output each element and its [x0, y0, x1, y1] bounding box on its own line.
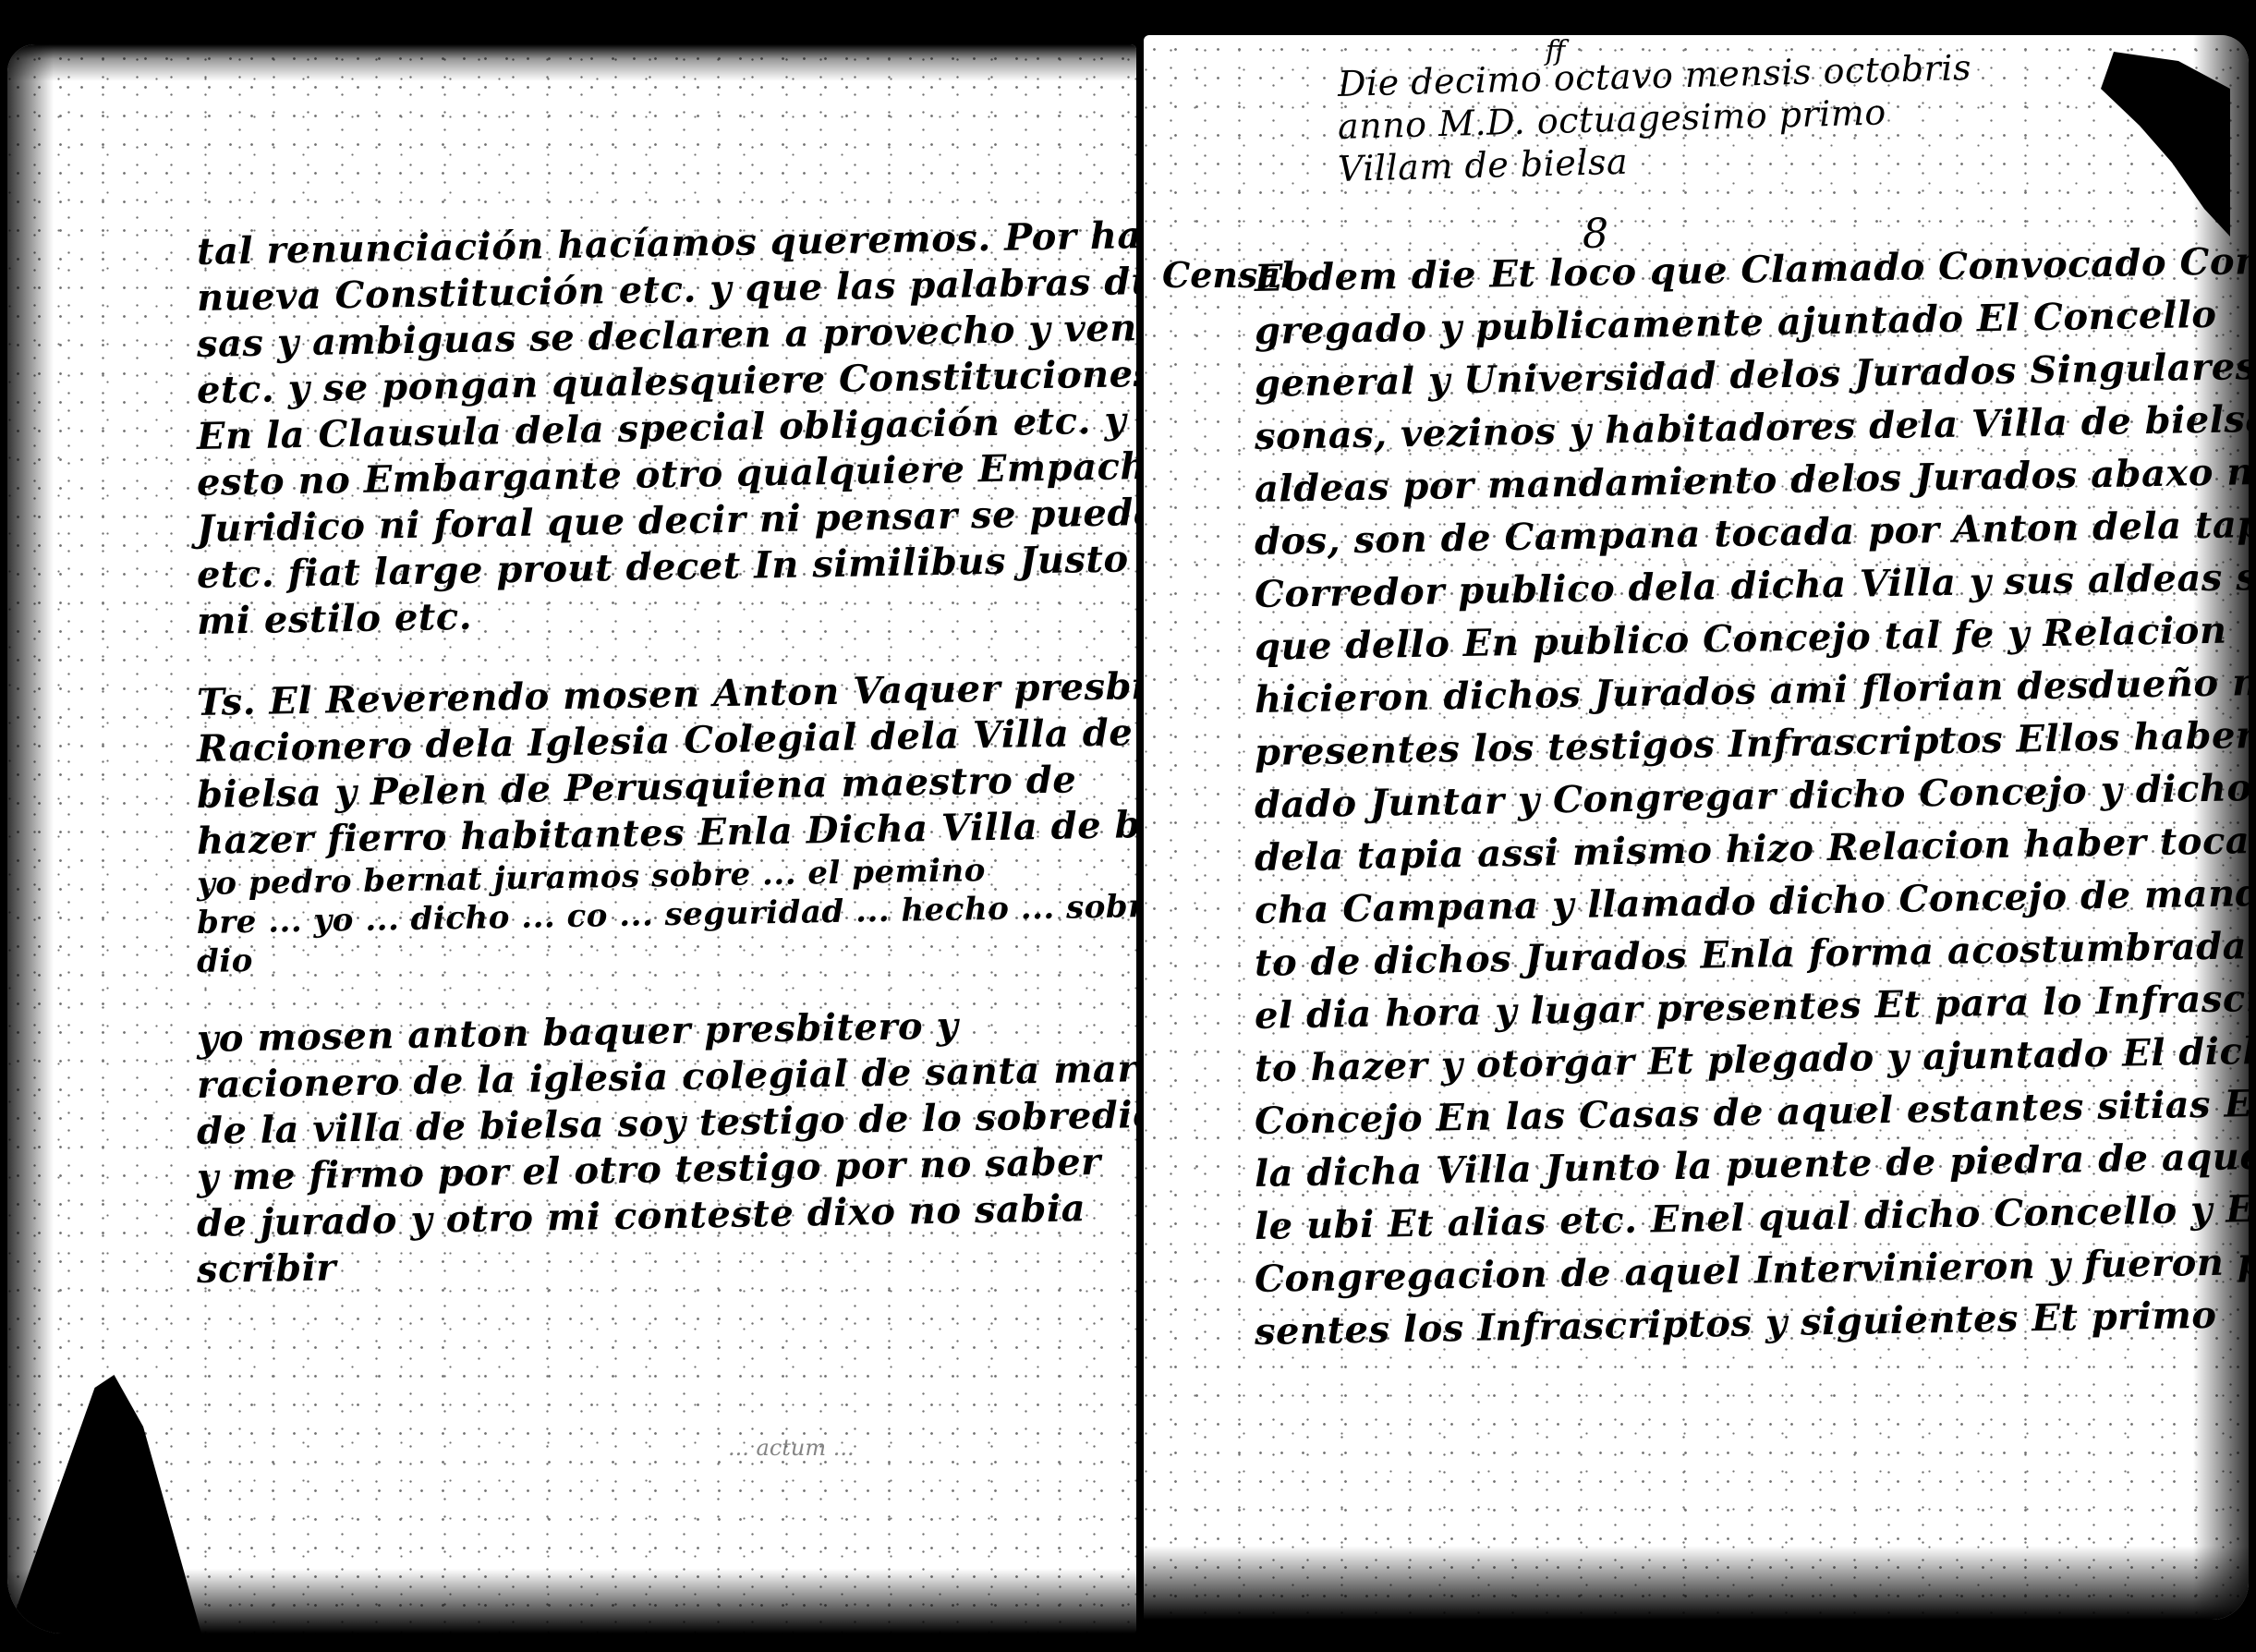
page-tear-damage	[7, 1375, 201, 1634]
page-edge-shadow	[7, 44, 1136, 81]
left-page-text: tal renunciación hacíamos queremos. Por …	[197, 229, 1121, 1294]
faint-bleed-through-text: ... actum ...	[728, 1435, 855, 1461]
manuscript-scan: tal renunciación hacíamos queremos. Por …	[0, 0, 2256, 1652]
entry-header: Die decimo octavo mensis octobris anno M…	[1338, 63, 2169, 190]
right-page-text: Censal Eodem die Et loco que Clamado Con…	[1255, 252, 2225, 1358]
left-page: tal renunciación hacíamos queremos. Por …	[7, 44, 1136, 1634]
right-page: ff Die decimo octavo mensis octobris ann…	[1144, 35, 2249, 1620]
page-edge-shadow	[7, 44, 54, 1634]
page-edge-shadow	[1144, 1546, 2249, 1620]
